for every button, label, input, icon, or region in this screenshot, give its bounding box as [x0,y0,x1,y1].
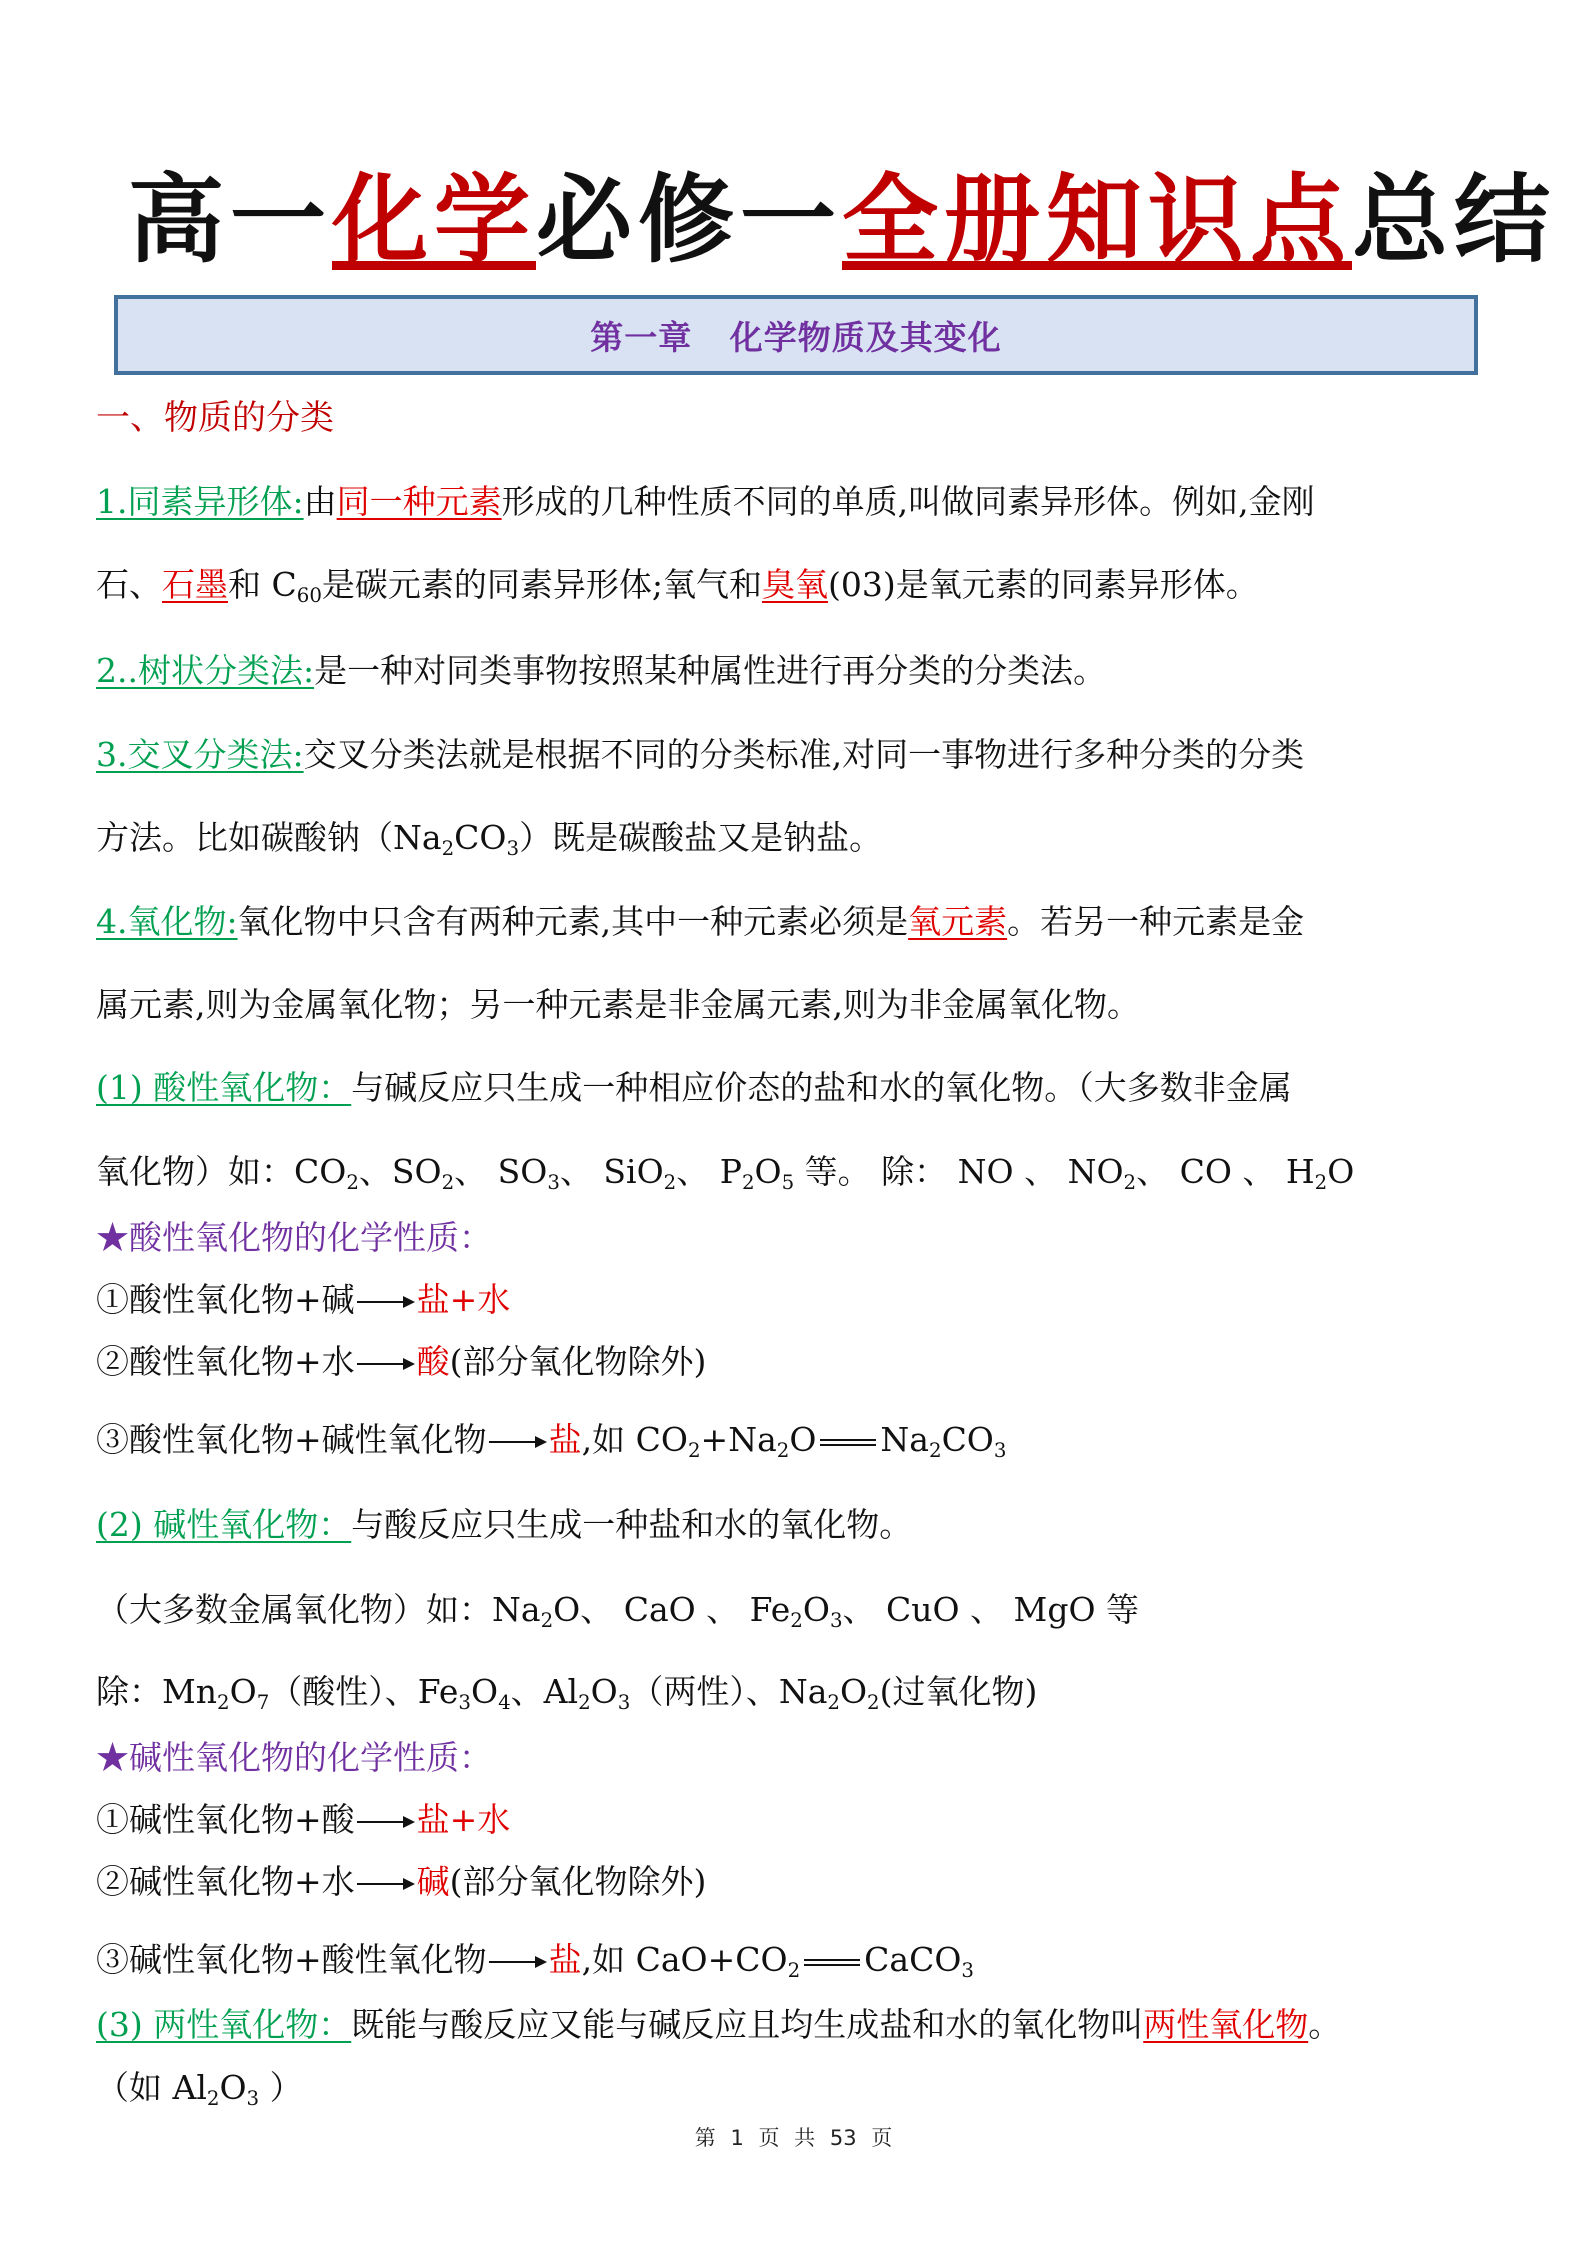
amphoteric-line2: （如 Al2O3 ） [96,2066,303,2110]
text: O [789,1420,816,1459]
title-part: 必修一 [536,163,842,276]
item1-line2: 石、石墨和 C60是碳元素的同素异形体;氧气和臭氧(03)是氧元素的同素异形体。 [96,563,1259,607]
text: 石、 [96,565,162,604]
title-highlight: 化学 [332,163,536,276]
text: ）既是碳酸盐又是钠盐。 [519,818,882,857]
subscript: 2 [442,837,455,860]
text: O [591,1672,618,1711]
subscript: 3 [547,1171,560,1194]
basic-prop-2: ②碱性氧化物+水碱(部分氧化物除外) [96,1860,706,1904]
text: (过氧化物) [880,1672,1038,1711]
text: 方法。比如碳酸钠（Na [96,818,442,857]
acidic-prop-2: ②酸性氧化物+水酸(部分氧化物除外) [96,1340,706,1384]
text: Na [880,1420,929,1459]
text: 除：Mn [96,1672,217,1711]
item4-line2: 属元素,则为金属氧化物；另一种元素是非金属元素,则为非金属氧化物。 [96,983,1140,1027]
text: ①碱性氧化物+酸 [96,1800,355,1839]
acidic-line2: 氧化物）如：CO2、SO2、 SO3、 SiO2、 P2O5 等。 除： NO … [96,1150,1354,1194]
subscript: 2 [777,1439,790,1462]
text: 等。 除： NO 、 NO [794,1152,1123,1191]
term-label: 1.同素异形体: [96,482,304,521]
text: 、 SiO [560,1152,664,1191]
text: 与酸反应只生成一种盐和水的氧化物。 [351,1505,912,1544]
subscript: 2 [788,1959,801,1982]
subscript: 2 [867,1691,880,1714]
text: ,如 CaO+CO [582,1940,788,1979]
subscript: 2 [207,2087,220,2110]
text: CO [942,1420,994,1459]
chapter-title: 第一章 化学物质及其变化 [590,312,1001,359]
arrow-icon [355,1292,417,1312]
basic-line3: 除：Mn2O7（酸性）、Fe3O4、Al2O3（两性）、Na2O2(过氧化物) [96,1670,1037,1714]
text: 和 C [228,565,297,604]
item3-line1: 3.交叉分类法:交叉分类法就是根据不同的分类标准,对同一事物进行多种分类的分类 [96,733,1304,777]
item3-line2: 方法。比如碳酸钠（Na2CO3）既是碳酸盐又是钠盐。 [96,816,882,860]
text: 、 SO [454,1152,547,1191]
text: 、 CO 、 H [1136,1152,1315,1191]
section-heading: 一、物质的分类 [96,396,334,440]
text: 是碳元素的同素异形体;氧气和 [322,565,762,604]
subscript: 5 [782,1171,795,1194]
text: O、 CaO 、 Fe [553,1590,790,1629]
equals-sign [820,1439,876,1446]
product: 盐+水 [417,1800,511,1839]
subscript: 2 [346,1171,359,1194]
basic-prop-3: ③碱性氧化物+酸性氧化物盐,如 CaO+CO2CaCO3 [96,1938,974,1982]
term-label: 4.氧化物: [96,902,238,941]
text: 交叉分类法就是根据不同的分类标准,对同一事物进行多种分类的分类 [304,735,1305,774]
product: 盐+水 [417,1280,511,1319]
text: 既能与酸反应又能与碱反应且均生成盐和水的氧化物叫 [351,2005,1143,2044]
item4-line1: 4.氧化物:氧化物中只含有两种元素,其中一种元素必须是氧元素。若另一种元素是金 [96,900,1304,944]
text: ②碱性氧化物+水 [96,1862,355,1901]
term-label: (1) 酸性氧化物： [96,1068,351,1107]
arrow-icon [487,1432,549,1452]
product: 碱 [417,1862,450,1901]
key-term: 石墨 [162,565,228,604]
text: (03)是氧元素的同素异形体。 [828,565,1259,604]
basic-line1: (2) 碱性氧化物：与酸反应只生成一种盐和水的氧化物。 [96,1503,912,1547]
subscript: 7 [257,1691,270,1714]
basic-props-heading: ★碱性氧化物的化学性质： [96,1736,492,1780]
text: 由 [304,482,337,521]
subscript: 3 [994,1439,1007,1462]
text: ,如 CO [582,1420,688,1459]
subscript: 2 [1315,1171,1328,1194]
text: O [471,1672,498,1711]
item2-line: 2..树状分类法:是一种对同类事物按照某种属性进行再分类的分类法。 [96,649,1106,693]
acidic-props-heading: ★酸性氧化物的化学性质： [96,1216,492,1260]
key-term: 氧元素 [908,902,1007,941]
subscript: 2 [442,1171,455,1194]
subscript: 2 [217,1691,230,1714]
subscript: 60 [297,584,322,607]
item1-line1: 1.同素异形体:由同一种元素形成的几种性质不同的单质,叫做同素异形体。例如,金刚 [96,480,1315,524]
acidic-prop-3: ③酸性氧化物+碱性氧化物盐,如 CO2+Na2ONa2CO3 [96,1418,1006,1462]
arrow-icon [355,1812,417,1832]
amphoteric-line1: (3) 两性氧化物：既能与酸反应又能与碱反应且均生成盐和水的氧化物叫两性氧化物。 [96,2003,1341,2047]
term-label: 2..树状分类法: [96,651,314,690]
text: CO [454,818,506,857]
text: （酸性）、Fe [269,1672,458,1711]
product: 盐 [549,1420,582,1459]
text: （两性）、Na [630,1672,827,1711]
text: （如 Al [96,2068,207,2107]
subscript: 2 [929,1439,942,1462]
chapter-banner: 第一章 化学物质及其变化 [114,295,1478,375]
text: 形成的几种性质不同的单质,叫做同素异形体。例如,金刚 [502,482,1315,521]
subscript: 3 [506,837,519,860]
key-term: 臭氧 [762,565,828,604]
text: O [755,1152,782,1191]
text: 与碱反应只生成一种相应价态的盐和水的氧化物。（大多数非金属 [351,1068,1292,1107]
arrow-icon [355,1874,417,1894]
text: O [840,1672,867,1711]
term-label: (2) 碱性氧化物： [96,1505,351,1544]
equals-sign [804,1959,860,1966]
page-footer: 第 1 页 共 53 页 [0,2122,1587,2152]
subscript: 3 [618,1691,631,1714]
key-term: 同一种元素 [337,482,502,521]
subscript: 3 [830,1609,843,1632]
title-part: 高一 [128,163,332,276]
subscript: 2 [541,1609,554,1632]
product: 盐 [549,1940,582,1979]
text: 。 [1308,2005,1341,2044]
key-term: 两性氧化物 [1143,2005,1308,2044]
text: 、 CuO 、 MgO 等 [843,1590,1139,1629]
text: ①酸性氧化物+碱 [96,1280,355,1319]
subscript: 2 [742,1171,755,1194]
text: 、Al [511,1672,578,1711]
text: 氧化物中只含有两种元素,其中一种元素必须是 [238,902,909,941]
product: 酸 [417,1342,450,1381]
text: ③碱性氧化物+酸性氧化物 [96,1940,487,1979]
text: ③酸性氧化物+碱性氧化物 [96,1420,487,1459]
text: ②酸性氧化物+水 [96,1342,355,1381]
basic-line2: （大多数金属氧化物）如：Na2O、 CaO 、 Fe2O3、 CuO 、 MgO… [96,1588,1139,1632]
term-label: 3.交叉分类法: [96,735,304,774]
text: O [230,1672,257,1711]
subscript: 3 [961,1959,974,1982]
text: O [219,2068,246,2107]
text: (部分氧化物除外) [450,1862,707,1901]
text: 。若另一种元素是金 [1007,902,1304,941]
subscript: 2 [664,1171,677,1194]
text: O [1327,1152,1354,1191]
text: （大多数金属氧化物）如：Na [96,1590,541,1629]
text: (部分氧化物除外) [450,1342,707,1381]
arrow-icon [355,1354,417,1374]
acidic-prop-1: ①酸性氧化物+碱盐+水 [96,1278,510,1322]
text: ） [259,2068,303,2107]
subscript: 2 [827,1691,840,1714]
text: 、SO [359,1152,442,1191]
text: 氧化物）如：CO [96,1152,346,1191]
subscript: 4 [498,1691,511,1714]
text: 是一种对同类事物按照某种属性进行再分类的分类法。 [314,651,1106,690]
arrow-icon [487,1952,549,1972]
title-highlight: 全册知识点 [842,163,1352,276]
text: CaCO [864,1940,961,1979]
subscript: 3 [458,1691,471,1714]
title-part: 总结 [1352,163,1556,276]
document-title: 高一化学必修一全册知识点总结 [128,160,1473,280]
basic-prop-1: ①碱性氧化物+酸盐+水 [96,1798,510,1842]
subscript: 2 [578,1691,591,1714]
acidic-line1: (1) 酸性氧化物：与碱反应只生成一种相应价态的盐和水的氧化物。（大多数非金属 [96,1066,1292,1110]
text: +Na [701,1420,777,1459]
text: O [803,1590,830,1629]
subscript: 2 [1124,1171,1137,1194]
text: 、 P [676,1152,742,1191]
subscript: 3 [247,2087,260,2110]
term-label: (3) 两性氧化物： [96,2005,351,2044]
subscript: 2 [790,1609,803,1632]
subscript: 2 [688,1439,701,1462]
